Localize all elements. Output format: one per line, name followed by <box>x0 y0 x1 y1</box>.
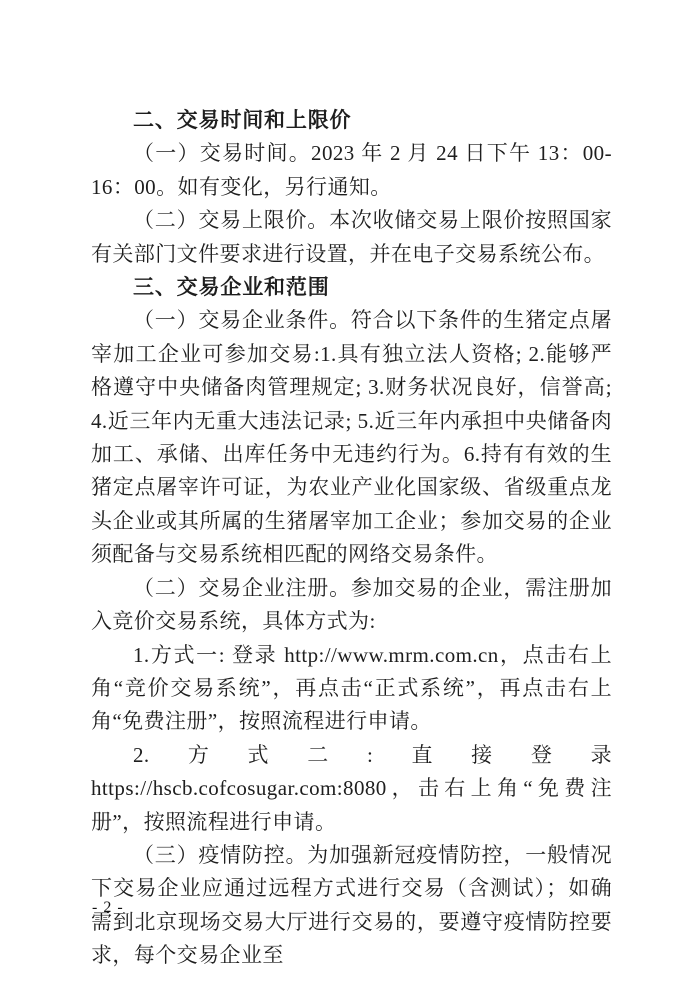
section-heading-trading-time-and-price-cap: 二、交易时间和上限价 <box>91 104 612 137</box>
page-footer: - 2 - <box>92 897 124 919</box>
section-heading-trading-enterprises-and-scope: 三、交易企业和范围 <box>91 271 612 304</box>
paragraph-trading-time: （一）交易时间。2023 年 2 月 24 日下午 13：00-16：00。如有… <box>91 137 612 204</box>
paragraph-registration-method-2: 2.方式二:直接登录 https://hscb.cofcosugar.com:8… <box>91 739 612 839</box>
paragraph-registration-method-1: 1.方式一: 登录 http://www.mrm.com.cn，点击右上角“竞价… <box>91 639 612 739</box>
paragraph-enterprise-conditions: （一）交易企业条件。符合以下条件的生猪定点屠宰加工企业可参加交易:1.具有独立法… <box>91 304 612 571</box>
document-body: 二、交易时间和上限价 （一）交易时间。2023 年 2 月 24 日下午 13：… <box>91 104 612 973</box>
paragraph-epidemic-prevention: （三）疫情防控。为加强新冠疫情防控，一般情况下交易企业应通过远程方式进行交易（含… <box>91 839 612 973</box>
paragraph-price-cap: （二）交易上限价。本次收储交易上限价按照国家有关部门文件要求进行设置，并在电子交… <box>91 204 612 271</box>
document-page: 二、交易时间和上限价 （一）交易时间。2023 年 2 月 24 日下午 13：… <box>0 0 700 989</box>
page-number: - 2 - <box>92 899 124 916</box>
paragraph-enterprise-registration: （二）交易企业注册。参加交易的企业，需注册加入竞价交易系统，具体方式为: <box>91 572 612 639</box>
